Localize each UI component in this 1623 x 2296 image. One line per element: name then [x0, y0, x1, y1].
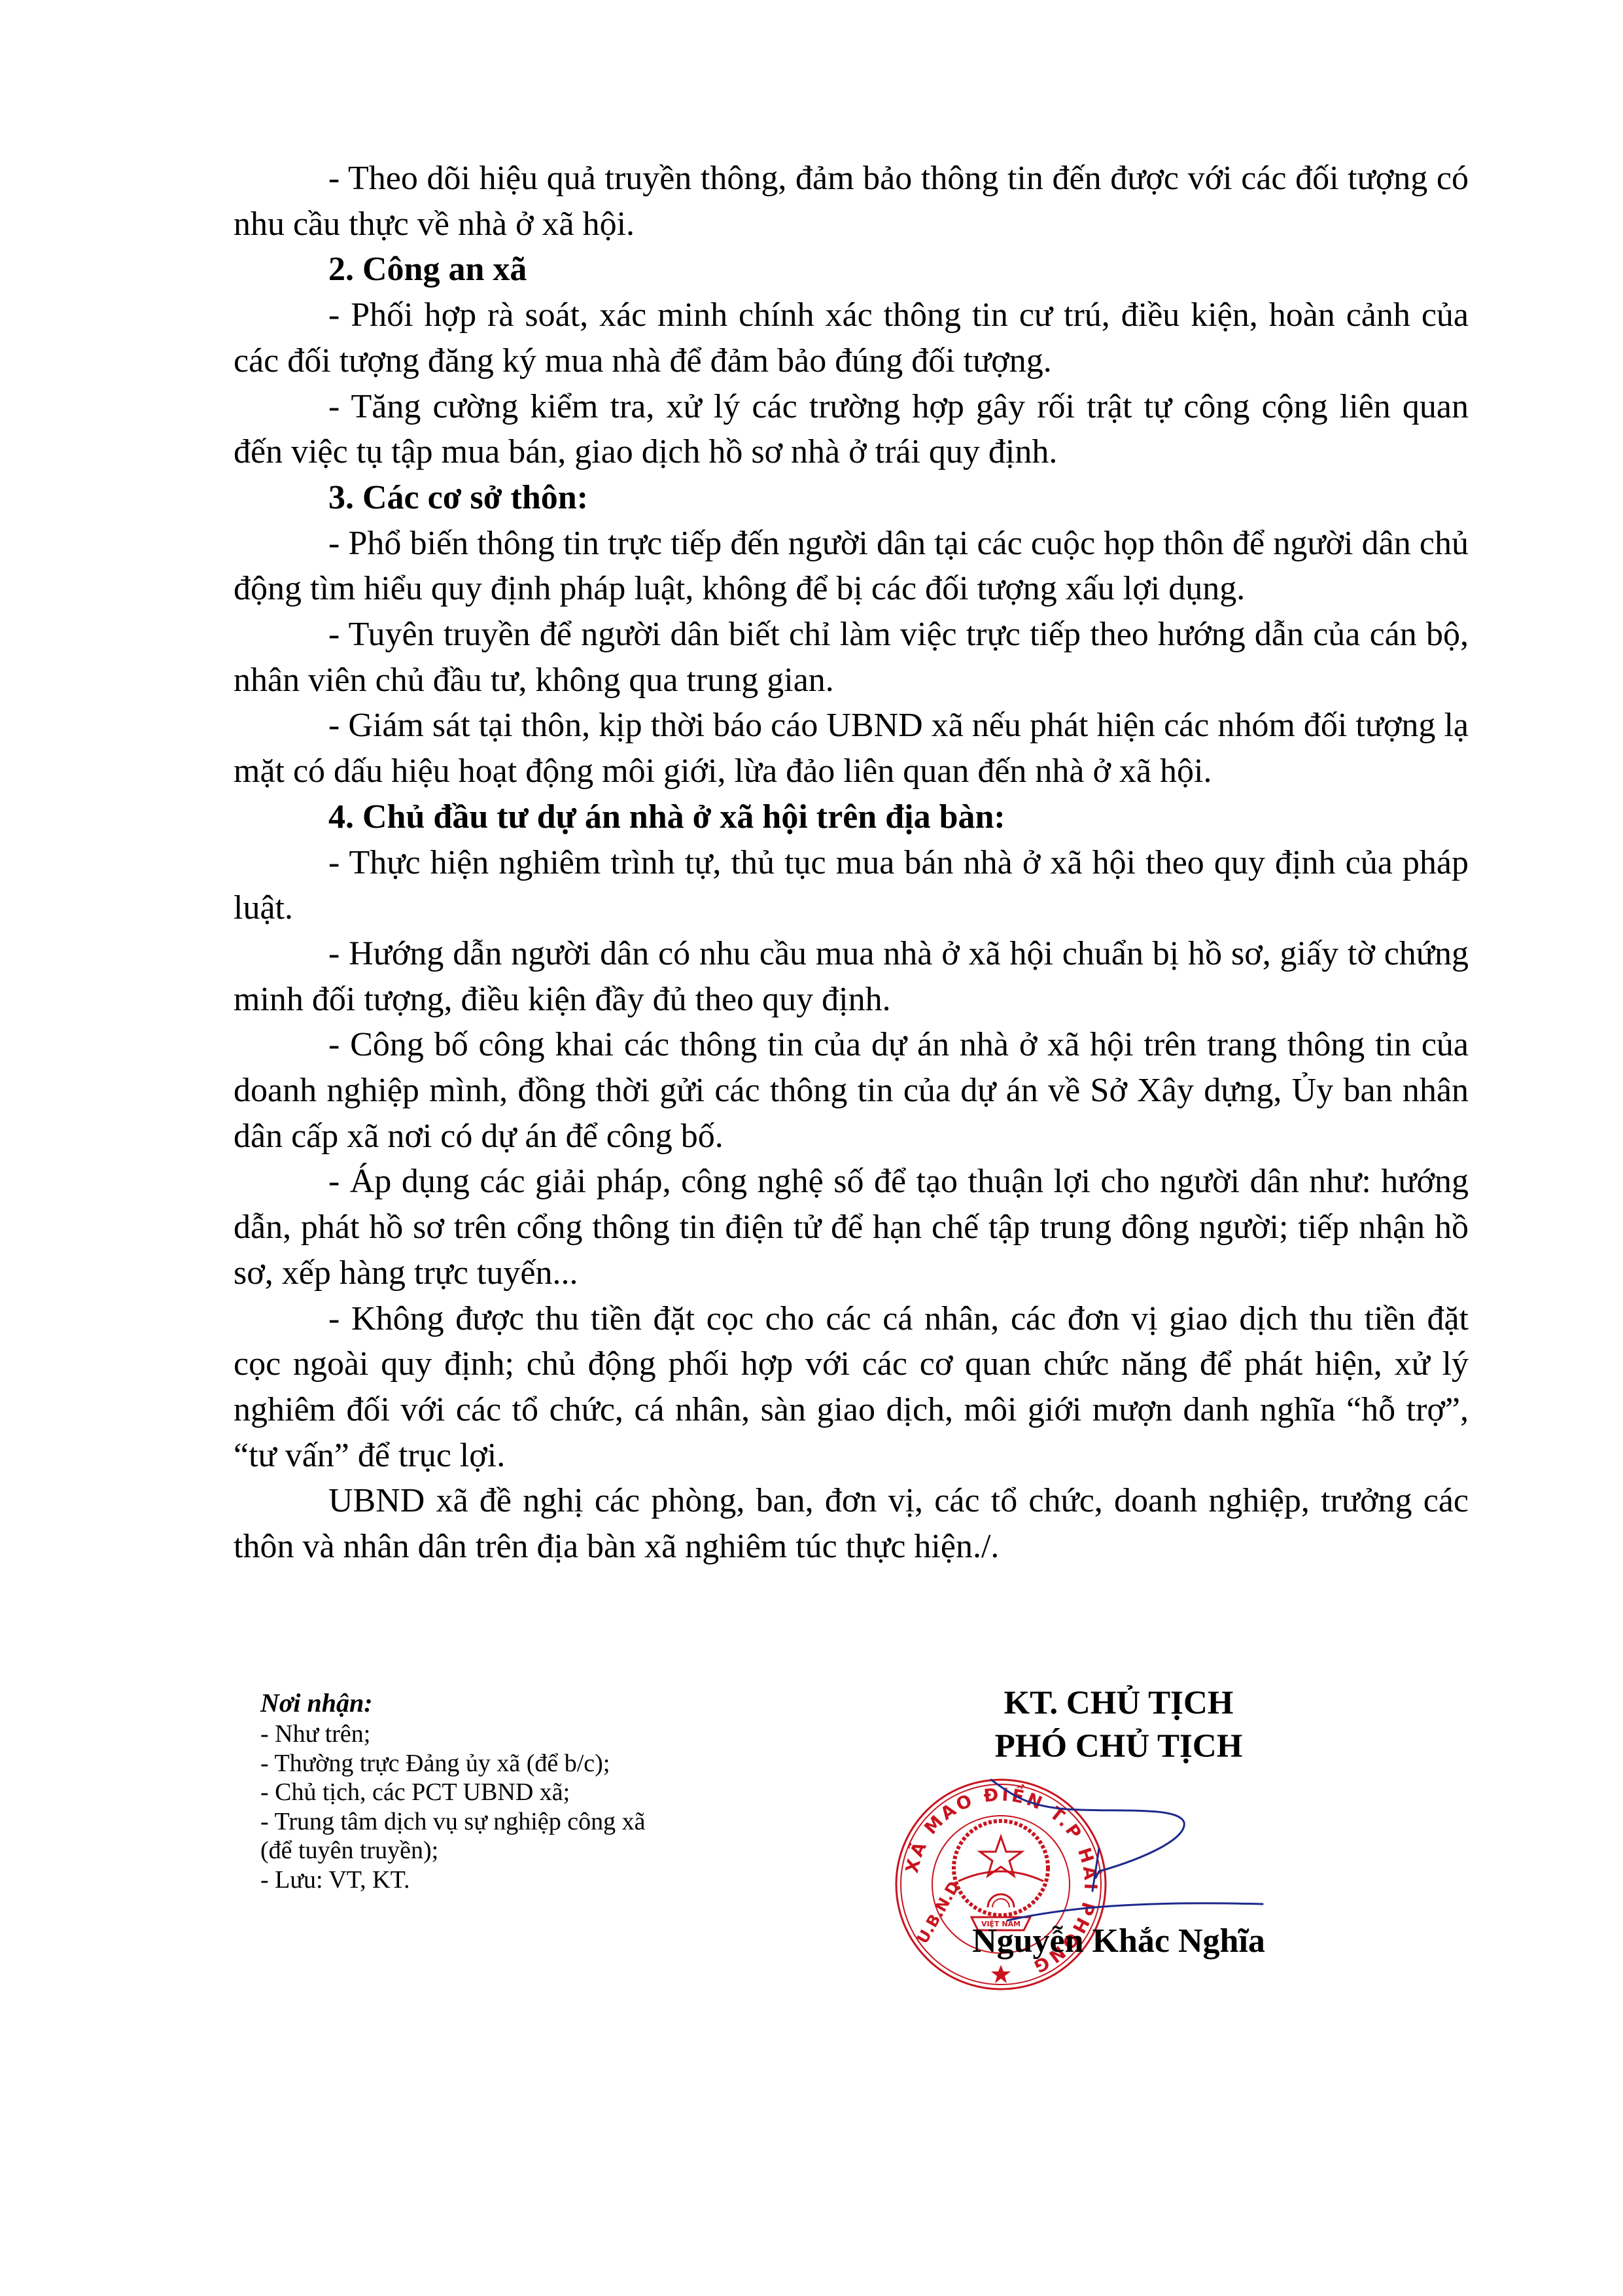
signer-name: Nguyễn Khắc Nghĩa	[890, 1918, 1348, 1964]
body-paragraph: - Hướng dẫn người dân có nhu cầu mua nhà…	[234, 931, 1469, 1022]
body-paragraph: - Tuyên truyền để người dân biết chỉ làm…	[234, 612, 1469, 703]
recipient-item: - Chủ tịch, các PCT UBND xã;	[260, 1778, 849, 1807]
body-paragraph: - Áp dụng các giải pháp, công nghệ số để…	[234, 1159, 1469, 1296]
section-heading: 3. Các cơ sở thôn:	[234, 475, 1469, 521]
body-paragraph: - Phổ biến thông tin trực tiếp đến người…	[234, 521, 1469, 612]
section-heading: 4. Chủ đầu tư dự án nhà ở xã hội trên đị…	[234, 794, 1469, 840]
body-paragraph: - Giám sát tại thôn, kịp thời báo cáo UB…	[234, 703, 1469, 794]
recipient-item: - Lưu: VT, KT.	[260, 1865, 849, 1895]
body-paragraph: - Theo dõi hiệu quả truyền thông, đảm bả…	[234, 156, 1469, 247]
section-heading: 2. Công an xã	[234, 247, 1469, 292]
recipient-item: - Trung tâm dịch vụ sự nghiệp công xã	[260, 1807, 849, 1837]
handwritten-signature	[968, 1767, 1269, 1937]
recipients-block: Nơi nhận: - Như trên;- Thường trực Đảng …	[260, 1687, 849, 1894]
body-paragraph: - Tăng cường kiểm tra, xử lý các trường …	[234, 384, 1469, 475]
body-paragraph: - Công bố công khai các thông tin của dự…	[234, 1022, 1469, 1159]
recipient-item: (để tuyên truyền);	[260, 1836, 849, 1865]
recipients-title: Nơi nhận:	[260, 1687, 849, 1720]
body-paragraph: - Phối hợp rà soát, xác minh chính xác t…	[234, 292, 1469, 383]
signature-title-line1: KT. CHỦ TỊCH	[890, 1682, 1348, 1725]
recipients-list: - Như trên;- Thường trực Đảng ủy xã (để …	[260, 1720, 849, 1894]
recipient-item: - Thường trực Đảng ủy xã (để b/c);	[260, 1749, 849, 1778]
recipient-item: - Như trên;	[260, 1720, 849, 1749]
document-body: - Theo dõi hiệu quả truyền thông, đảm bả…	[234, 156, 1469, 1570]
signature-title-line2: PHÓ CHỦ TỊCH	[890, 1725, 1348, 1768]
signature-block: KT. CHỦ TỊCH PHÓ CHỦ TỊCH	[890, 1682, 1348, 1768]
document-page: - Theo dõi hiệu quả truyền thông, đảm bả…	[0, 0, 1623, 2296]
body-paragraph: - Không được thu tiền đặt cọc cho các cá…	[234, 1296, 1469, 1479]
body-paragraph: - Thực hiện nghiêm trình tự, thủ tục mua…	[234, 840, 1469, 931]
body-paragraph: UBND xã đề nghị các phòng, ban, đơn vị, …	[234, 1478, 1469, 1569]
